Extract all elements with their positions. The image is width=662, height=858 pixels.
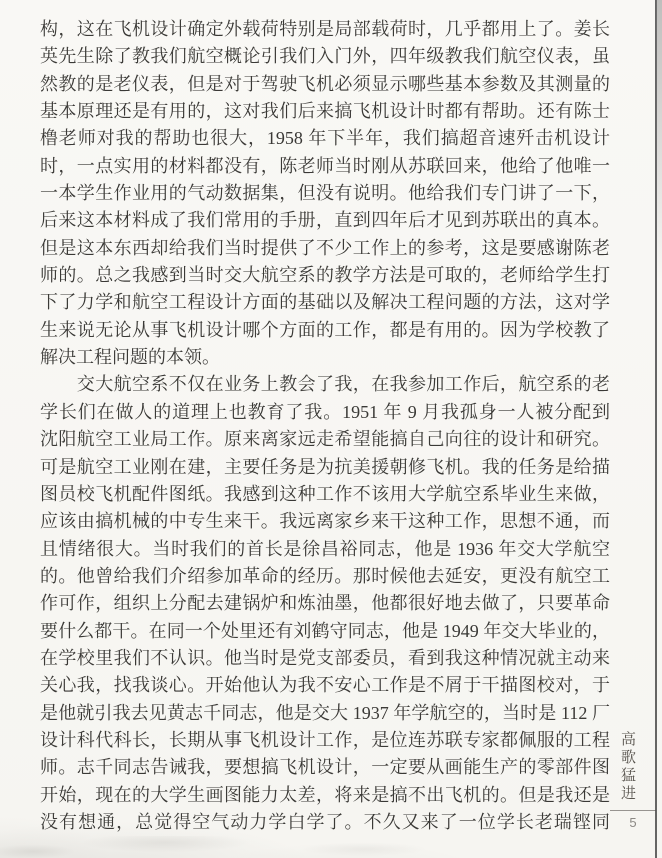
text-line: 设计科代科长，长期从事飞机设计工作，是位连苏联专家都佩服的工程 [40, 727, 610, 754]
text-line: 是他就引我去见黄志千同志，他是交大 1937 年学航空的，当时是 112 厂 [40, 700, 610, 727]
text-line: 构，这在飞机设计确定外载荷特别是局部载荷时，几乎都用上了。姜长 [40, 16, 610, 43]
text-line: 的。他曾给我们介绍参加革命的经历。那时候他去延安，更没有航空工 [40, 563, 610, 590]
text-line: 开始，现在的大学生画图能力太差，将来是搞不出飞机的。但是我还是 [40, 782, 610, 809]
text-line: 一本学生作业用的气动数据集，但没有说明。他给我们专门讲了一下， [40, 180, 610, 207]
text-line: 下了力学和航空工程设计方面的基础以及解决工程问题的方法，这对学 [40, 289, 610, 316]
text-line: 时，一点实用的材料都没有，陈老师当时刚从苏联回来，他给了他唯一的 [40, 153, 610, 180]
body-text: 构，这在飞机设计确定外载荷特别是局部载荷时，几乎都用上了。姜长 英先生除了教我们… [40, 16, 610, 836]
text-line: 基本原理还是有用的，这对我们后来搞飞机设计时都有帮助。还有陈士 [40, 98, 610, 125]
text-line: 图员校飞机配件图纸。我感到这种工作不该用大学航空系毕业生来做， [40, 481, 610, 508]
text-line: 生来说无论从事飞机设计哪个方面的工作，都是有用的。因为学校教了 [40, 317, 610, 344]
text-line: 师的。总之我感到当时交大航空系的教学方法是可取的，老师给学生打 [40, 262, 610, 289]
running-title-vertical: 高歌猛进 [616, 731, 638, 809]
text-line: 解决工程问题的本领。 [40, 344, 610, 371]
text-line: 沈阳航空工业局工作。原来离家远走希望能搞自己向往的设计和研究。 [40, 426, 610, 453]
page-number-rule [610, 810, 656, 811]
text-line: 在学校里我们不认识。他当时是党支部委员，看到我这种情况就主动来 [40, 645, 610, 672]
text-line: 交大航空系不仅在业务上教会了我，在我参加工作后，航空系的老 [40, 371, 610, 398]
scanned-page: 构，这在飞机设计确定外载荷特别是局部载荷时，几乎都用上了。姜长 英先生除了教我们… [0, 0, 662, 858]
text-line: 然教的是老仪表，但是对于驾驶飞机必须显示哪些基本参数及其测量的 [40, 71, 610, 98]
text-line: 后来这本材料成了我们常用的手册，直到四年后才见到苏联出的真本。 [40, 207, 610, 234]
text-line: 要什么都干。在同一个处里还有刘鹤守同志，他是 1949 年交大毕业的， [40, 618, 610, 645]
text-line: 师。志千同志告诫我，要想搞飞机设计，一定要从画能生产的零部件图 [40, 754, 610, 781]
text-line: 学长们在做人的道理上也教育了我。1951 年 9 月我孤身一人被分配到 [40, 399, 610, 426]
text-line: 作可作，组织上分配去建锅炉和炼油墨，他都很好地去做了，只要革命需 [40, 590, 610, 617]
text-line: 没有想通，总觉得空气动力学白学了。不久又来了一位学长老瑞铿同 [40, 809, 610, 836]
text-line: 英先生除了教我们航空概论引我们入门外，四年级教我们航空仪表，虽 [40, 43, 610, 70]
text-line: 可是航空工业刚在建，主要任务是为抗美援朝修飞机。我的任务是给描 [40, 454, 610, 481]
text-line: 但是这本东西却给我们当时提供了不少工作上的参考，这是要感谢陈老 [40, 235, 610, 262]
text-line: 橹老师对我的帮助也很大，1958 年下半年，我们搞超音速歼击机设计 [40, 125, 610, 152]
text-line: 应该由搞机械的中专生来干。我远离家乡来干这种工作，思想不通，而 [40, 508, 610, 535]
text-line: 且情绪很大。当时我们的首长是徐昌裕同志，他是 1936 年交大学航空 [40, 536, 610, 563]
text-line: 关心我，找我谈心。开始他认为我不安心工作是不屑于干描图校对，于 [40, 672, 610, 699]
scan-shadow [0, 836, 662, 858]
page-number: 5 [618, 815, 648, 830]
page-edge-shade [656, 0, 662, 280]
